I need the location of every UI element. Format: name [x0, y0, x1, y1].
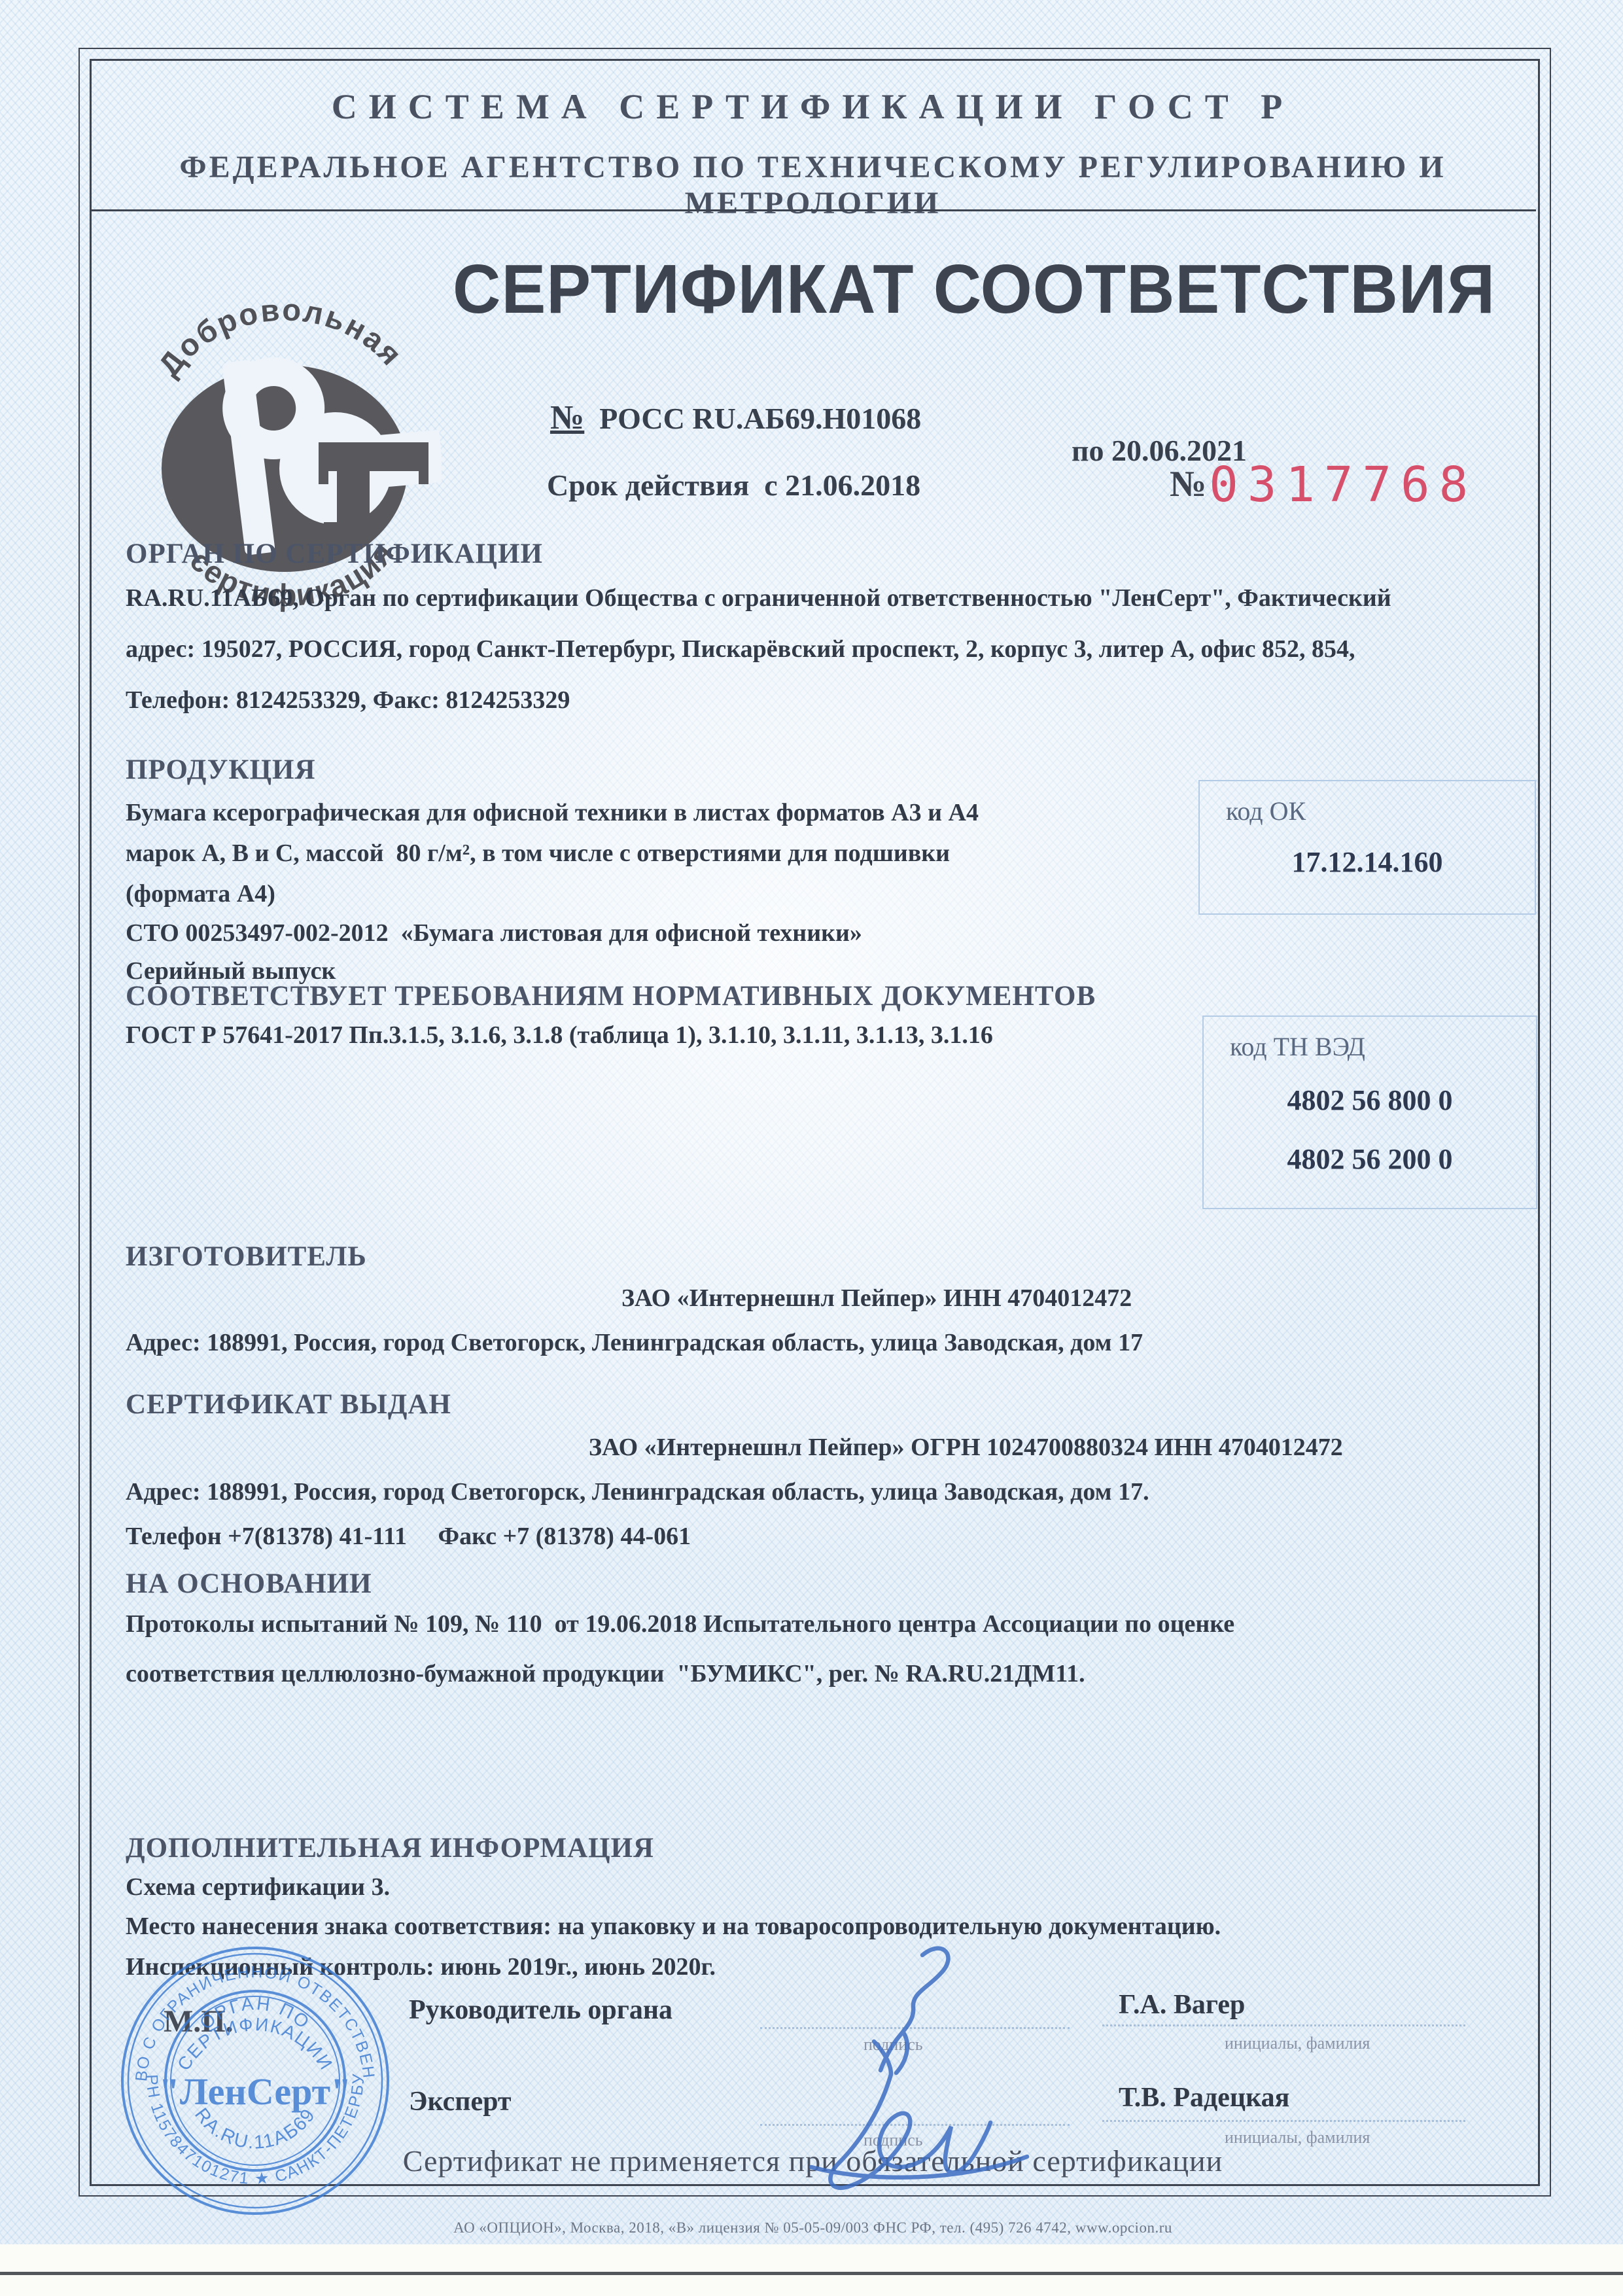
handwritten-signatures-ink: [720, 1937, 1178, 2199]
manufacturer-address: Адрес: 188991, Россия, город Светогорск,…: [126, 1328, 1143, 1357]
certification-body-line: RA.RU.11АБ69, Орган по сертификации Обще…: [126, 584, 1391, 612]
stamp-center-name: "ЛенСерт": [159, 2070, 352, 2113]
scan-edge-line: [0, 2272, 1623, 2275]
product-line: СТО 00253497-002-2012 «Бумага листовая д…: [126, 919, 862, 947]
certification-body-stamp: ОБЩЕСТВО С ОГРАНИЧЕННОЙ ОТВЕТСТВЕННОСТЬЮ…: [116, 1942, 394, 2219]
certification-body-line: Телефон: 8124253329, Факс: 8124253329: [126, 686, 570, 715]
certificate-number-value: РОСС RU.АБ69.Н01068: [599, 402, 921, 435]
code-tn-ved-value: 4802 56 800 0: [1204, 1084, 1536, 1117]
issued-to-phone: Телефон +7(81378) 41-111 Факс +7 (81378)…: [126, 1522, 691, 1551]
issued-to-address: Адрес: 188991, Россия, город Светогорск,…: [126, 1477, 1149, 1506]
certification-system-title: СИСТЕМА СЕРТИФИКАЦИИ ГОСТ Р: [92, 86, 1534, 127]
serial-number-row: № 0317768: [1170, 457, 1477, 513]
product-line: (формата А4): [126, 879, 275, 908]
document-title: СЕРТИФИКАТ СООТВЕТСТВИЯ: [453, 250, 1495, 329]
validity-label: Срок действия: [547, 468, 749, 502]
code-tn-ved-box: код ТН ВЭД 4802 56 800 0 4802 56 200 0: [1202, 1016, 1537, 1209]
manufacturer-company: ЗАО «Интернешнл Пейпер» ИНН 4704012472: [621, 1284, 1132, 1313]
compliance-line: ГОСТ Р 57641-2017 Пп.3.1.5, 3.1.6, 3.1.8…: [126, 1021, 993, 1050]
section-basis-heading: НА ОСНОВАНИИ: [126, 1568, 372, 1600]
section-manufacturer-heading: ИЗГОТОВИТЕЛЬ: [126, 1241, 367, 1273]
basis-line: соответствия целлюлозно-бумажной продукц…: [126, 1659, 1085, 1688]
head-role-label: Руководитель органа: [409, 1994, 672, 2026]
code-ok-box: код ОК 17.12.14.160: [1198, 780, 1536, 915]
code-tn-ved-value: 4802 56 200 0: [1204, 1142, 1536, 1176]
product-line: марок А, В и С, массой 80 г/м², в том чи…: [126, 839, 950, 868]
certification-body-line: адрес: 195027, РОССИЯ, город Санкт-Петер…: [126, 635, 1355, 663]
svg-text:СЕРТИФИКАЦИИ: СЕРТИФИКАЦИИ: [173, 2014, 337, 2074]
code-ok-value: 17.12.14.160: [1200, 845, 1535, 879]
issued-to-company: ЗАО «Интернешнл Пейпер» ОГРН 10247008803…: [589, 1433, 1343, 1462]
head-signature-stroke: [881, 1949, 948, 2070]
code-ok-label: код ОК: [1226, 796, 1306, 826]
paper-bottom-margin: [0, 2244, 1623, 2296]
serial-number-sign: №: [1170, 464, 1206, 504]
additional-line: Схема сертификации 3.: [126, 1873, 390, 1901]
certificate-page: СИСТЕМА СЕРТИФИКАЦИИ ГОСТ Р ФЕДЕРАЛЬНОЕ …: [0, 0, 1623, 2296]
section-product-heading: ПРОДУКЦИЯ: [126, 754, 316, 786]
section-issued-to-heading: СЕРТИФИКАТ ВЫДАН: [126, 1388, 451, 1421]
header-divider: [92, 209, 1536, 211]
product-line: Бумага ксерографическая для офисной техн…: [126, 798, 979, 827]
serial-number-value: 0317768: [1209, 457, 1477, 513]
basis-line: Протоколы испытаний № 109, № 110 от 19.0…: [126, 1610, 1234, 1638]
section-compliance-heading: СООТВЕТСТВУЕТ ТРЕБОВАНИЯМ НОРМАТИВНЫХ ДО…: [126, 980, 1096, 1012]
head-name-caption: инициалы, фамилия: [1225, 2034, 1370, 2053]
section-additional-heading: ДОПОЛНИТЕЛЬНАЯ ИНФОРМАЦИЯ: [126, 1832, 654, 1864]
validity-row: Срок действия с 21.06.2018: [517, 433, 920, 537]
certificate-number-sign: №: [550, 399, 584, 436]
code-tn-ved-label: код ТН ВЭД: [1230, 1031, 1365, 1062]
validity-from: с 21.06.2018: [764, 468, 920, 502]
section-certification-body-heading: ОРГАН ПО СЕРТИФИКАЦИИ: [126, 538, 543, 570]
print-house-footer: АО «ОПЦИОН», Москва, 2018, «В» лицензия …: [92, 2219, 1534, 2236]
stamp-inner-top-text2: СЕРТИФИКАЦИИ: [173, 2014, 337, 2074]
expert-role-label: Эксперт: [409, 2086, 512, 2117]
